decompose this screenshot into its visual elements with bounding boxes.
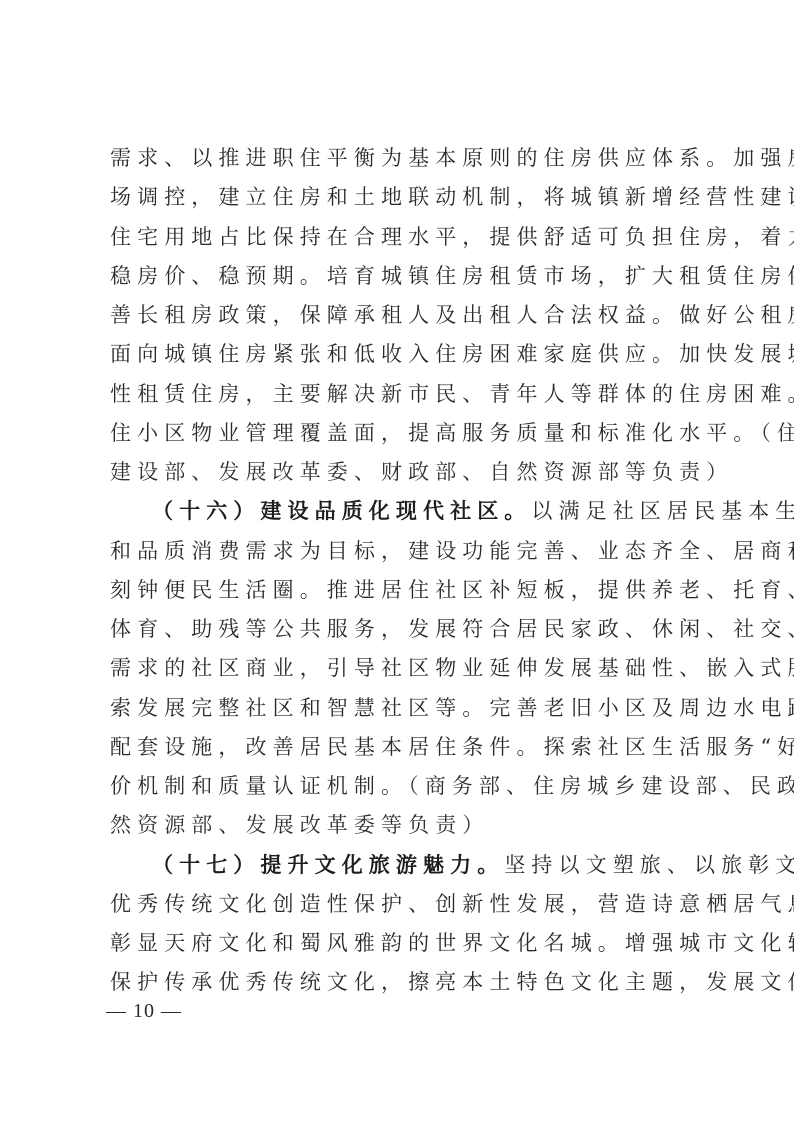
paragraph-first-line: （十六）建设品质化现代社区。以满足社区居民基本生活需求 xyxy=(110,495,685,534)
body-text-segment: 体育、助残等公共服务，发展符合居民家政、休闲、社交、购物等 xyxy=(110,617,794,641)
text-line-content: 稳房价、稳预期。培育城镇住房租赁市场，扩大租赁住房供给，完 xyxy=(110,260,685,299)
text-line-content: 然资源部、发展改革委等负责） xyxy=(110,809,685,848)
body-text-segment: 稳房价、稳预期。培育城镇住房租赁市场，扩大租赁住房供给，完 xyxy=(110,264,794,288)
text-line: 场调控，建立住房和土地联动机制，将城镇新增经营性建设用地中 xyxy=(110,181,685,220)
text-line: 善长租房政策，保障承租人及出租人合法权益。做好公租房保障， xyxy=(110,299,685,338)
text-line: 体育、助残等公共服务，发展符合居民家政、休闲、社交、购物等 xyxy=(110,613,685,652)
text-line-content: 配套设施，改善居民基本居住条件。探索社区生活服务“好差评”评 xyxy=(110,731,685,770)
body-text-segment: 保护传承优秀传统文化，擦亮本土特色文化主题，发展文化创意、 xyxy=(110,970,794,994)
text-line-content: 需求的社区商业，引导社区物业延伸发展基础性、嵌入式服务，探 xyxy=(110,652,685,691)
body-text-segment: 需求、以推进职住平衡为基本原则的住房供应体系。加强房地产市 xyxy=(110,146,794,170)
text-line: 住小区物业管理覆盖面，提高服务质量和标准化水平。（住房城乡 xyxy=(110,417,685,456)
text-line: 性租赁住房，主要解决新市民、青年人等群体的住房困难。扩大居 xyxy=(110,378,685,417)
body-text-segment: 优秀传统文化创造性保护、创新性发展，营造诗意栖居气息，建设 xyxy=(110,892,794,916)
text-line: 配套设施，改善居民基本居住条件。探索社区生活服务“好差评”评 xyxy=(110,731,685,770)
body-text-segment: 刻钟便民生活圈。推进居住社区补短板，提供养老、托育、医疗、 xyxy=(110,578,794,602)
body-text: 需求、以推进职住平衡为基本原则的住房供应体系。加强房地产市场调控，建立住房和土地… xyxy=(110,142,690,1006)
body-text-segment: 索发展完整社区和智慧社区等。完善老旧小区及周边水电路气信等 xyxy=(110,696,794,720)
section-heading: （十七）提升文化旅游魅力。 xyxy=(152,853,504,877)
body-text-segment: 以满足社区居民基本生活需求 xyxy=(531,499,794,523)
paragraph-first-line: （十七）提升文化旅游魅力。坚持以文塑旅、以旅彰文，促进 xyxy=(110,849,685,888)
body-text-segment: 场调控，建立住房和土地联动机制，将城镇新增经营性建设用地中 xyxy=(110,185,794,209)
text-line-content: 体育、助残等公共服务，发展符合居民家政、休闲、社交、购物等 xyxy=(110,613,685,652)
body-text-segment: 彰显天府文化和蜀风雅韵的世界文化名城。增强城市文化软实力， xyxy=(110,931,794,955)
text-line: 优秀传统文化创造性保护、创新性发展，营造诗意栖居气息，建设 xyxy=(110,888,685,927)
text-line-content: 保护传承优秀传统文化，擦亮本土特色文化主题，发展文化创意、 xyxy=(110,966,685,1005)
text-line: 刻钟便民生活圈。推进居住社区补短板，提供养老、托育、医疗、 xyxy=(110,574,685,613)
responsibility-note: （住房城乡 xyxy=(760,421,794,445)
text-line-content: 刻钟便民生活圈。推进居住社区补短板，提供养老、托育、医疗、 xyxy=(110,574,685,613)
text-line: 住宅用地占比保持在合理水平，提供舒适可负担住房，着力稳地价、 xyxy=(110,221,685,260)
text-line-content: 建设部、发展改革委、财政部、自然资源部等负责） xyxy=(110,456,685,495)
text-line-content: 彰显天府文化和蜀风雅韵的世界文化名城。增强城市文化软实力， xyxy=(110,927,685,966)
text-line-content: 优秀传统文化创造性保护、创新性发展，营造诗意栖居气息，建设 xyxy=(110,888,685,927)
text-line-content: （十七）提升文化旅游魅力。坚持以文塑旅、以旅彰文，促进 xyxy=(152,849,685,888)
body-text-segment: 和品质消费需求为目标，建设功能完善、业态齐全、居商和谐的一 xyxy=(110,539,794,563)
body-text-segment: 需求的社区商业，引导社区物业延伸发展基础性、嵌入式服务，探 xyxy=(110,656,794,680)
text-line-content: （十六）建设品质化现代社区。以满足社区居民基本生活需求 xyxy=(152,495,685,534)
text-line-content: 住小区物业管理覆盖面，提高服务质量和标准化水平。（住房城乡 xyxy=(110,417,685,456)
body-text-segment: 性租赁住房，主要解决新市民、青年人等群体的住房困难。扩大居 xyxy=(110,382,794,406)
body-text-segment: 配套设施，改善居民基本居住条件。探索社区生活服务“好差评”评 xyxy=(110,735,794,759)
body-text-segment: 价机制和质量认证机制。 xyxy=(110,774,408,798)
responsibility-note: 建设部、发展改革委、财政部、自然资源部等负责） xyxy=(110,460,733,484)
text-line-content: 需求、以推进职住平衡为基本原则的住房供应体系。加强房地产市 xyxy=(110,142,685,181)
text-line-content: 性租赁住房，主要解决新市民、青年人等群体的住房困难。扩大居 xyxy=(110,378,685,417)
body-text-segment: 住宅用地占比保持在合理水平，提供舒适可负担住房，着力稳地价、 xyxy=(110,225,794,249)
section-heading: （十六）建设品质化现代社区。 xyxy=(152,499,531,523)
text-line: 彰显天府文化和蜀风雅韵的世界文化名城。增强城市文化软实力， xyxy=(110,927,685,966)
text-line: 建设部、发展改革委、财政部、自然资源部等负责） xyxy=(110,456,685,495)
text-line: 稳房价、稳预期。培育城镇住房租赁市场，扩大租赁住房供给，完 xyxy=(110,260,685,299)
text-line-content: 住宅用地占比保持在合理水平，提供舒适可负担住房，着力稳地价、 xyxy=(110,221,685,260)
text-line-content: 索发展完整社区和智慧社区等。完善老旧小区及周边水电路气信等 xyxy=(110,692,685,731)
responsibility-note: （商务部、住房城乡建设部、民政部、自 xyxy=(408,774,794,798)
responsibility-note: 然资源部、发展改革委等负责） xyxy=(110,813,489,837)
text-line: 价机制和质量认证机制。（商务部、住房城乡建设部、民政部、自 xyxy=(110,770,685,809)
text-line-content: 场调控，建立住房和土地联动机制，将城镇新增经营性建设用地中 xyxy=(110,181,685,220)
body-text-segment: 住小区物业管理覆盖面，提高服务质量和标准化水平。 xyxy=(110,421,760,445)
text-line: 面向城镇住房紧张和低收入住房困难家庭供应。加快发展城镇保障 xyxy=(110,338,685,377)
text-line: 然资源部、发展改革委等负责） xyxy=(110,809,685,848)
page-number: — 10 — xyxy=(106,998,182,1024)
body-text-segment: 善长租房政策，保障承租人及出租人合法权益。做好公租房保障， xyxy=(110,303,794,327)
text-line-content: 和品质消费需求为目标，建设功能完善、业态齐全、居商和谐的一 xyxy=(110,535,685,574)
text-line-content: 善长租房政策，保障承租人及出租人合法权益。做好公租房保障， xyxy=(110,299,685,338)
text-line-content: 面向城镇住房紧张和低收入住房困难家庭供应。加快发展城镇保障 xyxy=(110,338,685,377)
body-text-segment: 面向城镇住房紧张和低收入住房困难家庭供应。加快发展城镇保障 xyxy=(110,342,794,366)
text-line: 保护传承优秀传统文化，擦亮本土特色文化主题，发展文化创意、 xyxy=(110,966,685,1005)
text-line-content: 价机制和质量认证机制。（商务部、住房城乡建设部、民政部、自 xyxy=(110,770,685,809)
text-line: 需求、以推进职住平衡为基本原则的住房供应体系。加强房地产市 xyxy=(110,142,685,181)
body-text-segment: 坚持以文塑旅、以旅彰文，促进 xyxy=(504,853,794,877)
document-page: 需求、以推进职住平衡为基本原则的住房供应体系。加强房地产市场调控，建立住房和土地… xyxy=(0,0,794,1123)
text-line: 索发展完整社区和智慧社区等。完善老旧小区及周边水电路气信等 xyxy=(110,692,685,731)
text-line: 和品质消费需求为目标，建设功能完善、业态齐全、居商和谐的一 xyxy=(110,535,685,574)
text-line: 需求的社区商业，引导社区物业延伸发展基础性、嵌入式服务，探 xyxy=(110,652,685,691)
